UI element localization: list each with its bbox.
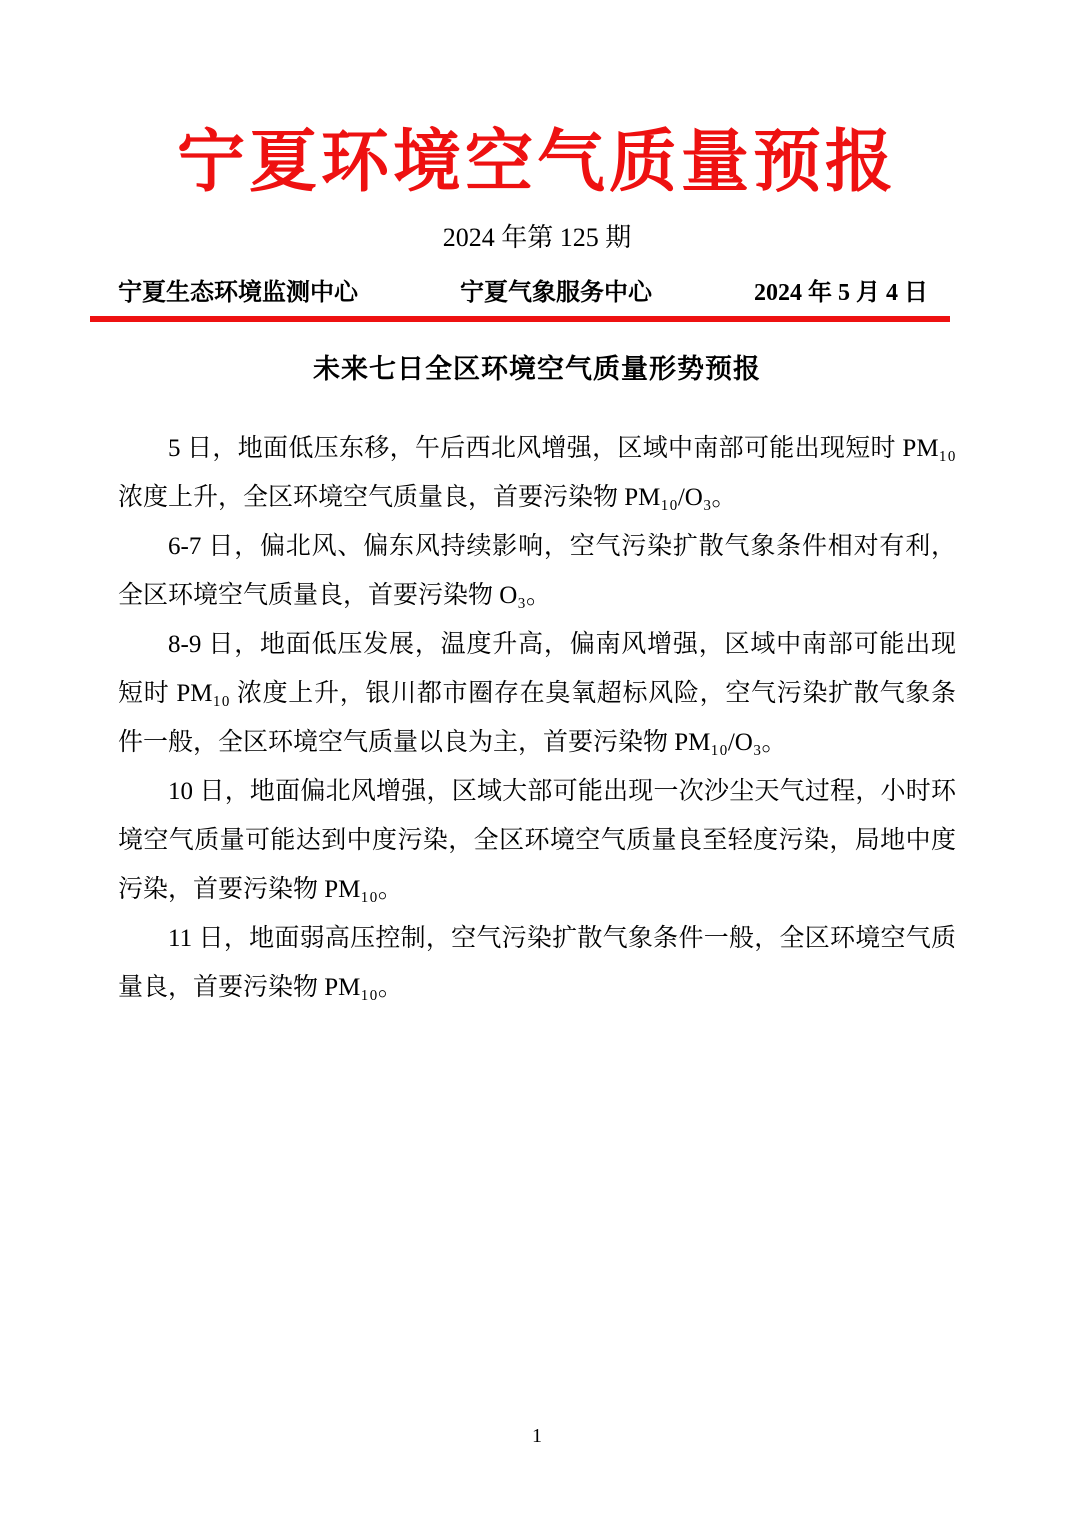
issuing-agency-meteorological-center: 宁夏气象服务中心: [460, 278, 652, 308]
forecast-paragraph-day-10: 10 日，地面偏北风增强，区域大部可能出现一次沙尘天气过程，小时环境空气质量可能…: [118, 767, 956, 914]
forecast-paragraph-day-5: 5 日，地面低压东移，午后西北风增强，区域中南部可能出现短时 PM₁₀ 浓度上升…: [118, 424, 956, 522]
section-title: 未来七日全区环境空气质量形势预报: [118, 354, 956, 384]
forecast-body: 5 日，地面低压东移，午后西北风增强，区域中南部可能出现短时 PM₁₀ 浓度上升…: [118, 424, 956, 1012]
red-divider-line: [90, 316, 950, 322]
masthead-row: 宁夏生态环境监测中心 宁夏气象服务中心 2024 年 5 月 4 日: [118, 278, 956, 308]
forecast-paragraph-day-8-9: 8-9 日，地面低压发展，温度升高，偏南风增强，区域中南部可能出现短时 PM₁₀…: [118, 620, 956, 767]
issue-number: 2024 年第 125 期: [118, 223, 956, 253]
issue-date: 2024 年 5 月 4 日: [754, 278, 956, 308]
page-number: 1: [0, 1424, 1074, 1448]
forecast-paragraph-day-6-7: 6-7 日，偏北风、偏东风持续影响，空气污染扩散气象条件相对有利，全区环境空气质…: [118, 522, 956, 620]
forecast-paragraph-day-11: 11 日，地面弱高压控制，空气污染扩散气象条件一般，全区环境空气质量良，首要污染…: [118, 914, 956, 1012]
issuing-agency-environment-center: 宁夏生态环境监测中心: [118, 278, 358, 308]
document-page: 宁夏环境空气质量预报 2024 年第 125 期 宁夏生态环境监测中心 宁夏气象…: [0, 0, 1074, 1520]
document-title: 宁夏环境空气质量预报: [118, 126, 956, 198]
